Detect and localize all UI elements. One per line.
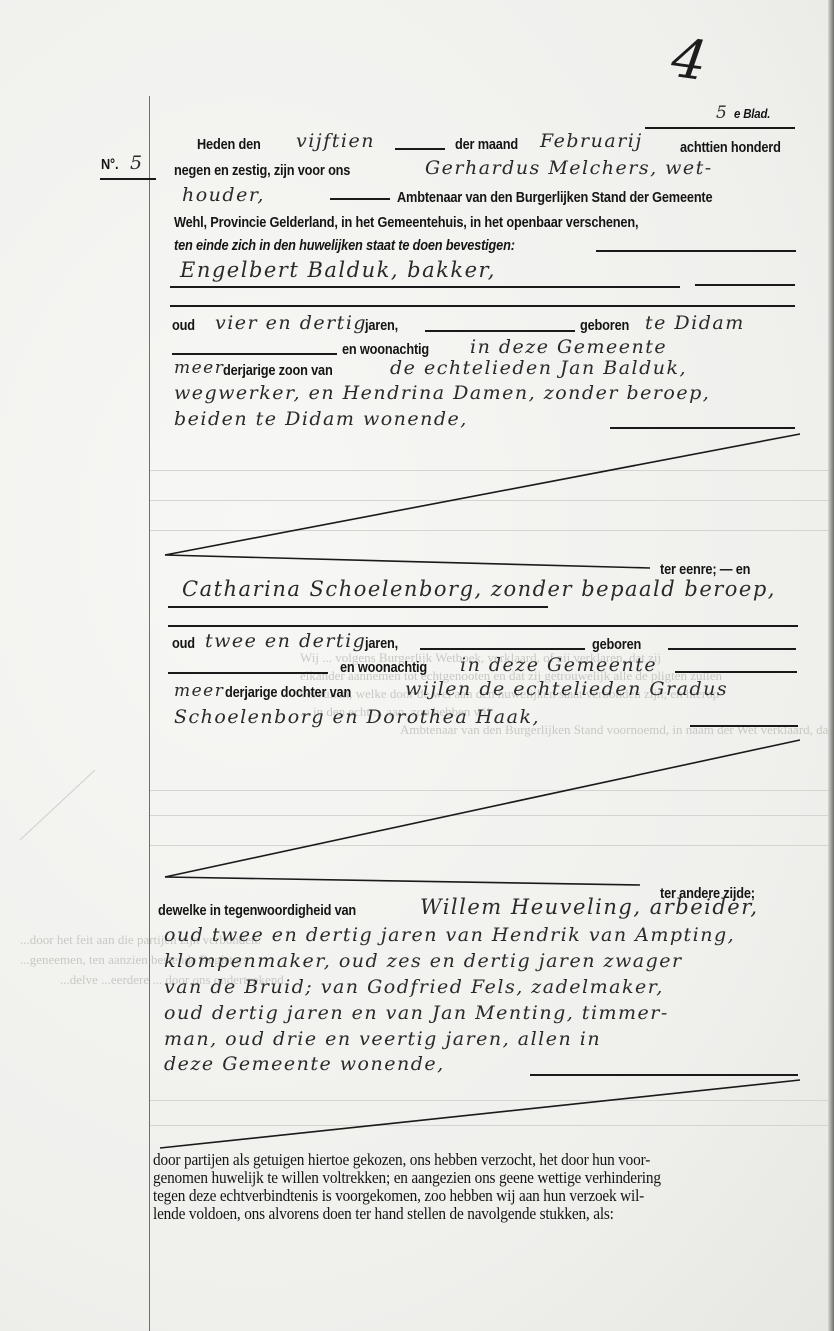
bride-parents-line1: wijlen de echtelieden Gradus [405,678,728,700]
witness-line2: oud twee en dertig jaren van Hendrik van… [164,924,735,946]
rule [168,672,328,674]
bride-age: twee en dertig [205,630,366,652]
bride-parents-line2: Schoelenborg en Dorothea Haak, [174,706,540,728]
bride-residence: in deze Gemeente [460,654,657,676]
handwritten-meer: meer [174,681,224,701]
closing-text-line1: door partijen als getuigen hiertoe gekoz… [153,1150,650,1170]
witness-line4: van de Bruid; van Godfried Fels, zadelma… [164,976,664,998]
rule [530,1074,798,1076]
closing-text-line4: lende voldoen, ons alvorens doen ter han… [153,1204,614,1224]
printed-daughter-label: derjarige dochter van [225,685,351,701]
witness-line5: oud dertig jaren en van Jan Menting, tim… [164,1002,669,1024]
witness-line7: deze Gemeente wonende, [164,1053,445,1075]
witness-line6: man, oud drie en veertig jaren, allen in [164,1028,601,1050]
witness-line3: klompenmaker, oud zes en dertig jaren zw… [164,950,683,972]
register-page: Wij ... volgens Burgerlijk Wetboek, verk… [0,0,834,1331]
closing-text-line2: genomen huwelijk te willen voltrekken; e… [153,1168,661,1188]
witness-line1: Willem Heuveling, arbeider, [420,895,759,919]
bride-name-occupation: Catharina Schoelenborg, zonder bepaald b… [182,577,776,601]
rule [420,648,585,650]
printed-jaren: jaren, [365,636,398,652]
rule [668,648,796,650]
printed-en-woonachtig: en woonachtig [340,660,427,676]
rule [168,625,798,627]
rule [168,606,548,608]
printed-witness-label: dewelke in tegenwoordigheid van [158,903,356,919]
printed-ter-eenre: ter eenre; — en [660,562,750,578]
rule [690,725,798,727]
printed-oud: oud [172,636,195,652]
closing-text-line3: tegen deze echtverbindtenis is voorgekom… [153,1186,644,1206]
printed-geboren: geboren [592,637,641,653]
rule [675,671,797,673]
